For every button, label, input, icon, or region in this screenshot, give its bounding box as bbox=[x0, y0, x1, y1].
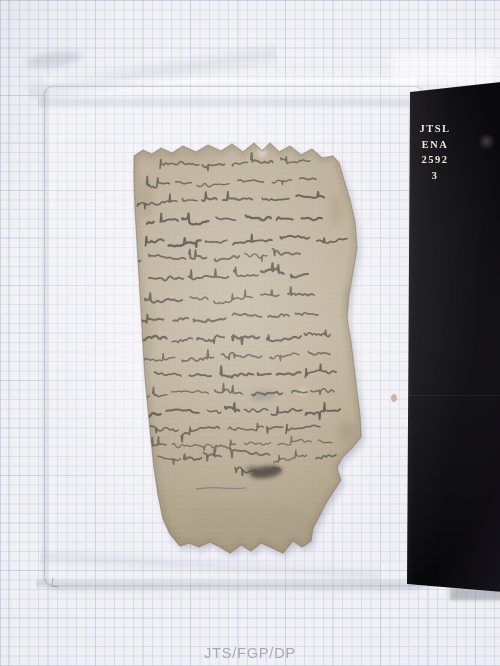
shelfmark-line-collection: ENA bbox=[407, 138, 463, 154]
pencil-corner-mark bbox=[51, 578, 59, 588]
glass-edge-shadow-left bbox=[41, 90, 50, 582]
label-strip-edge-speck bbox=[391, 394, 397, 402]
shelfmark-line-folio: 3 bbox=[407, 169, 463, 185]
glass-edge-shadow-bottom bbox=[36, 577, 436, 590]
glass-plate bbox=[44, 86, 423, 586]
shelfmark-line-number: 2592 bbox=[407, 153, 463, 169]
label-strip-smudge bbox=[478, 133, 495, 150]
glass-edge-shadow-top bbox=[38, 95, 422, 110]
photo-stage: JTSL ENA 2592 3 JTS/FGP/DP bbox=[0, 0, 500, 666]
shelfmark-label: JTSL ENA 2592 3 bbox=[407, 122, 463, 184]
background-glow-top-right bbox=[392, 52, 500, 84]
watermark: JTS/FGP/DP bbox=[0, 646, 500, 662]
label-strip-seam bbox=[405, 395, 500, 396]
shelfmark-label-strip: JTSL ENA 2592 3 bbox=[405, 78, 500, 598]
shelfmark-line-library: JTSL bbox=[407, 122, 463, 138]
grid-paper-edge bbox=[8, 0, 9, 666]
